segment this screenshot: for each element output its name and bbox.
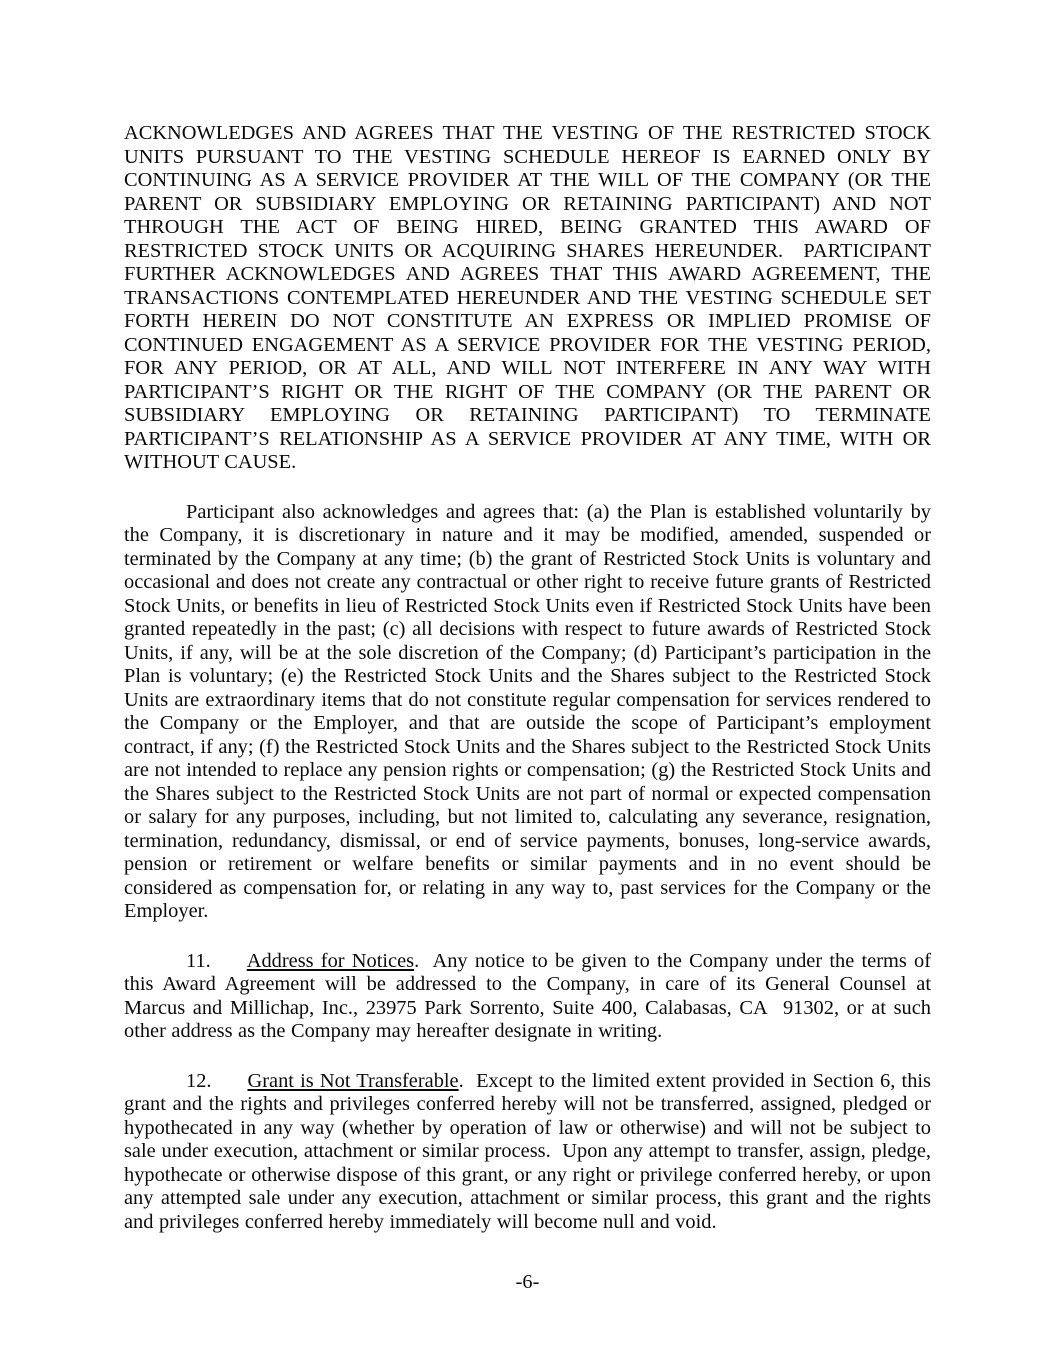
document-page: ACKNOWLEDGES AND AGREES THAT THE VESTING… bbox=[0, 0, 1055, 1365]
section-12-heading: Grant is Not Transferable bbox=[248, 1070, 459, 1092]
section-11-number: 11. bbox=[186, 950, 211, 972]
paragraph-nature-of-grant: Participant also acknowledges and agrees… bbox=[124, 501, 931, 924]
section-11-heading: Address for Notices bbox=[247, 950, 414, 972]
section-11-text: . Any notice to be given to the Company … bbox=[124, 950, 931, 1043]
section-12-number: 12. bbox=[186, 1070, 212, 1092]
section-11-address-for-notices: 11.Address for Notices. Any notice to be… bbox=[124, 950, 931, 1044]
page-body: ACKNOWLEDGES AND AGREES THAT THE VESTING… bbox=[124, 122, 931, 1234]
section-12-grant-not-transferable: 12.Grant is Not Transferable. Except to … bbox=[124, 1070, 931, 1235]
section-12-text: . Except to the limited extent provided … bbox=[124, 1070, 931, 1233]
page-footer: -6- bbox=[0, 1271, 1055, 1295]
page-number: -6- bbox=[516, 1271, 540, 1293]
paragraph-vesting-acknowledgment-caps: ACKNOWLEDGES AND AGREES THAT THE VESTING… bbox=[124, 122, 931, 475]
